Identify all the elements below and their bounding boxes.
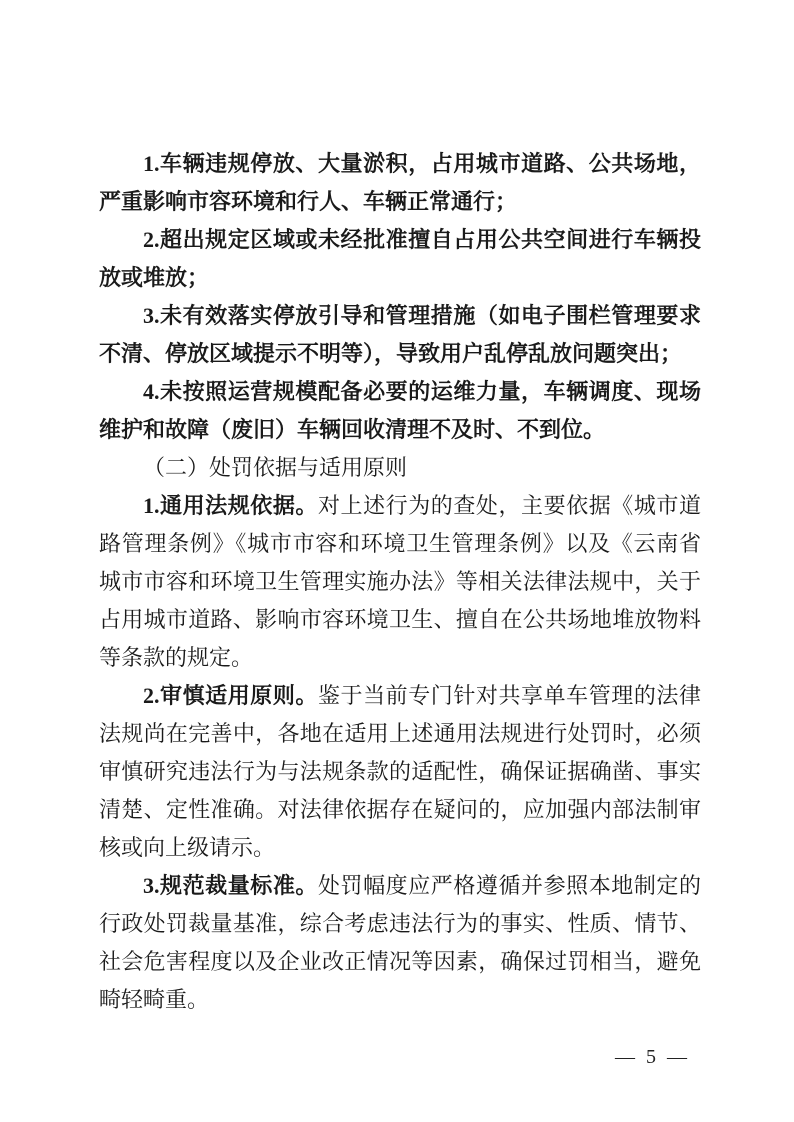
paragraph-discretion-standard: 3.规范裁量标准。处罚幅度应严格遵循并参照本地制定的行政处罚裁量基准，综合考虑违…: [99, 867, 701, 1019]
paragraph-rest-2: 鉴于当前专门针对共享单车管理的法律法规尚在完善中，各地在适用上述通用法规进行处罚…: [99, 683, 701, 860]
paragraph-legal-basis: 1.通用法规依据。对上述行为的查处，主要依据《城市道路管理条例》《城市市容和环境…: [99, 487, 701, 677]
paragraph-rest-1: 对上述行为的查处，主要依据《城市道路管理条例》《城市市容和环境卫生管理条例》以及…: [99, 493, 701, 670]
paragraph-lead-3: 3.规范裁量标准。: [143, 873, 318, 898]
document-body: 1.车辆违规停放、大量淤积，占用城市道路、公共场地，严重影响市容环境和行人、车辆…: [99, 145, 701, 1019]
document-page: 1.车辆违规停放、大量淤积，占用城市道路、公共场地，严重影响市容环境和行人、车辆…: [0, 0, 794, 1122]
paragraph-lead-2: 2.审慎适用原则。: [143, 683, 318, 708]
page-number: — 5 —: [615, 1046, 690, 1069]
paragraph-item-2: 2.超出规定区域或未经批准擅自占用公共空间进行车辆投放或堆放；: [99, 221, 701, 297]
section-heading: （二）处罚依据与适用原则: [99, 449, 701, 487]
paragraph-item-3: 3.未有效落实停放引导和管理措施（如电子围栏管理要求不清、停放区域提示不明等），…: [99, 297, 701, 373]
paragraph-prudent-application: 2.审慎适用原则。鉴于当前专门针对共享单车管理的法律法规尚在完善中，各地在适用上…: [99, 677, 701, 867]
paragraph-lead-1: 1.通用法规依据。: [143, 493, 318, 518]
paragraph-item-1: 1.车辆违规停放、大量淤积，占用城市道路、公共场地，严重影响市容环境和行人、车辆…: [99, 145, 701, 221]
paragraph-item-4: 4.未按照运营规模配备必要的运维力量，车辆调度、现场维护和故障（废旧）车辆回收清…: [99, 373, 701, 449]
